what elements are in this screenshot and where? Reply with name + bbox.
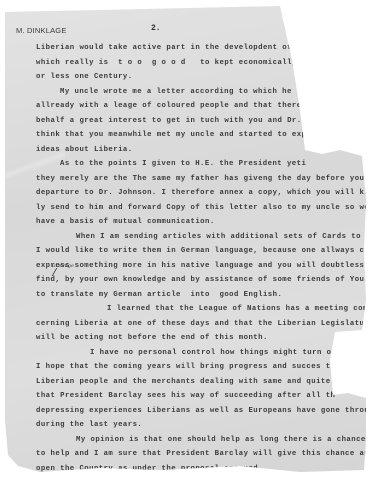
- letter-line: open the Country as under the proposal a…: [36, 464, 263, 474]
- letter-line: I hope that the coming years will bring …: [36, 362, 345, 372]
- letter-line: to translate my German article into good…: [36, 290, 282, 300]
- letter-line: Liberian people and the merchants dealin…: [36, 377, 345, 387]
- letter-line: departure to Dr. Johnson. I therefore an…: [36, 188, 373, 198]
- letter-line: ly send to him and forward Copy of this …: [36, 203, 369, 213]
- letter-line: express something more in his native lan…: [36, 261, 364, 271]
- letter-line: cerning Liberia at one of these days and…: [36, 319, 373, 329]
- letter-line: behalf a great interest to get in tuch w…: [36, 116, 311, 126]
- letter-line: ideas about Liberia.: [36, 145, 133, 155]
- letter-line: they merely are the The same my father h…: [36, 174, 369, 184]
- letter-line: to help and I am sure that President Bar…: [36, 449, 373, 459]
- letter-line: My uncle wrote me a letter according to …: [60, 87, 301, 97]
- letter-line: which really is t o o g o o d to kept ec…: [36, 58, 297, 68]
- letter-line: Liberian would take active part in the d…: [36, 43, 297, 53]
- letter-line: I have no personal control how things mi…: [90, 348, 341, 358]
- letter-line: allready with a leage of coloured people…: [36, 101, 302, 111]
- letter-line: As to the points I given to H.E. the Pre…: [60, 159, 311, 169]
- letter-line: that President Barclay sees his way of s…: [36, 391, 335, 401]
- letter-line: find, by your own knowledge and by assis…: [36, 275, 373, 285]
- scanned-letter-page: M. DINKLAGE 2. Liberian would take activ…: [0, 0, 373, 480]
- letter-line: I learned that the League of Nations has…: [107, 304, 373, 314]
- letter-line: I would like to write them in German lan…: [36, 246, 373, 256]
- letter-line: during the last years.: [36, 420, 142, 430]
- letter-body: Liberian would take active part in the d…: [0, 0, 373, 480]
- letter-line: think that you meanwhile met my uncle an…: [36, 130, 311, 140]
- letter-line: depressing experiences Liberians as well…: [36, 406, 373, 416]
- letter-line: have a basis of mutual communication.: [36, 217, 215, 227]
- letter-line: My opinion is that one should help as lo…: [76, 435, 366, 445]
- letter-line: When I am sending articles with addition…: [76, 232, 373, 242]
- letter-line: or less one Century.: [36, 72, 133, 82]
- letter-line: will be acting not before the end of thi…: [36, 333, 268, 343]
